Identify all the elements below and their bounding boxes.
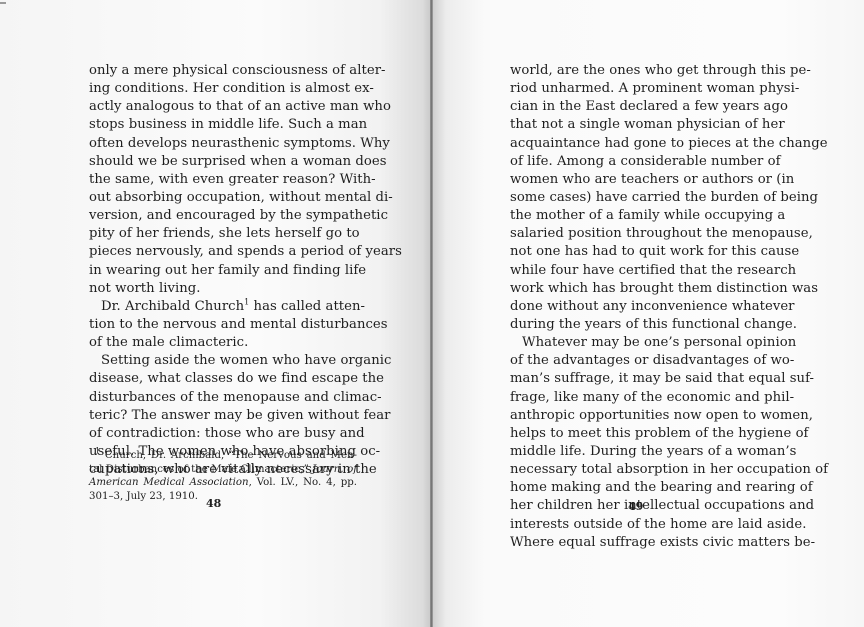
text-line: of life. Among a considerable number of	[510, 153, 780, 171]
text-line: women who are teachers or authors or (in	[510, 171, 780, 189]
page-number: 48	[206, 497, 221, 510]
text-line: disturbances of the menopause and climac…	[89, 389, 357, 407]
text-line: only a mere physical consciousness of al…	[89, 62, 357, 80]
text-line: anthropic opportunities now open to wome…	[510, 407, 780, 425]
text-line: her children her intellectual occupation…	[510, 497, 780, 515]
text-line: while four have certified that the resea…	[510, 262, 780, 280]
text-line: disease, what classes do we find escape …	[89, 370, 357, 388]
text-line: riod unharmed. A prominent woman physi-	[510, 80, 780, 98]
text-line: acquaintance had gone to pieces at the c…	[510, 135, 780, 153]
text-line: of the advantages or disadvantages of wo…	[510, 352, 780, 370]
text-line: some cases) have carried the burden of b…	[510, 189, 780, 207]
left-page-body: only a mere physical consciousness of al…	[89, 62, 357, 479]
text-fragment: Dr. Archibald Church	[101, 299, 244, 314]
text-line: not worth living.	[89, 280, 357, 298]
text-line: ing conditions. Her condition is almost …	[89, 80, 357, 98]
journal-title: American Medical Association	[89, 477, 249, 488]
text-line: teric? The answer may be given without f…	[89, 407, 357, 425]
text-line: necessary total absorption in her occupa…	[510, 461, 780, 479]
text-line: stops business in middle life. Such a ma…	[89, 116, 357, 134]
text-line: Where equal suffrage exists civic matter…	[510, 534, 780, 552]
text-line: not one has had to quit work for this ca…	[510, 243, 780, 261]
text-line: done without any inconvenience whatever	[510, 298, 780, 316]
footnote-line: American Medical Association, Vol. LV., …	[89, 476, 357, 490]
page-edge-mark	[0, 2, 6, 4]
text-line: cian in the East declared a few years ag…	[510, 98, 780, 116]
text-line: tion to the nervous and mental disturban…	[89, 316, 357, 334]
footnote-marker: 1	[95, 447, 100, 456]
text-line: helps to meet this problem of the hygien…	[510, 425, 780, 443]
text-line: interests outside of the home are laid a…	[510, 516, 780, 534]
right-page: world, are the ones who get through this…	[433, 0, 864, 627]
text-line: home making and the bearing and rearing …	[510, 479, 780, 497]
text-line: during the years of this functional chan…	[510, 316, 780, 334]
text-fragment: has called atten-	[254, 299, 366, 314]
text-line: pity of her friends, she lets herself go…	[89, 225, 357, 243]
text-line: should we be surprised when a woman does	[89, 153, 357, 171]
footnote-reference: 1	[244, 297, 249, 306]
text-line: middle life. During the years of a woman…	[510, 443, 780, 461]
right-page-body: world, are the ones who get through this…	[510, 62, 780, 552]
text-line: of the male climacteric.	[89, 334, 357, 352]
page-number: 49	[628, 500, 643, 513]
text-line: frage, like many of the economic and phi…	[510, 389, 780, 407]
text-line: in wearing out her family and finding li…	[89, 262, 357, 280]
text-line: out absorbing occupation, without mental…	[89, 189, 357, 207]
text-line: often develops neurasthenic symptoms. Wh…	[89, 135, 357, 153]
text-line: world, are the ones who get through this…	[510, 62, 780, 80]
text-line: salaried position throughout the menopau…	[510, 225, 780, 243]
footnote-line: tal Disturbances of the Male Climacteric…	[89, 463, 357, 477]
footnote-line: 301–3, July 23, 1910.	[89, 490, 357, 504]
text-line: actly analogous to that of an active man…	[89, 98, 357, 116]
text-line: Setting aside the women who have organic	[89, 352, 357, 370]
footnote-text: tal Disturbances of the Male Climacteric…	[89, 464, 312, 475]
text-line: work which has brought them distinction …	[510, 280, 780, 298]
journal-title: Journ. of	[312, 464, 357, 475]
footnote-line: 1 Church, Dr. Archibald, “The Nervous an…	[89, 449, 357, 463]
left-page: only a mere physical consciousness of al…	[0, 0, 431, 627]
footnote-text: Church, Dr. Archibald, “The Nervous and …	[105, 450, 357, 461]
text-line: man’s suffrage, it may be said that equa…	[510, 370, 780, 388]
text-line: the same, with even greater reason? With…	[89, 171, 357, 189]
footnote-text: , Vol. LV., No. 4, pp.	[249, 477, 357, 488]
text-line: version, and encouraged by the sympathet…	[89, 207, 357, 225]
footnote: 1 Church, Dr. Archibald, “The Nervous an…	[89, 449, 357, 503]
text-line: pieces nervously, and spends a period of…	[89, 243, 357, 261]
text-line: of contradiction: those who are busy and	[89, 425, 357, 443]
book-spread: only a mere physical consciousness of al…	[0, 0, 864, 627]
text-line: the mother of a family while occupying a	[510, 207, 780, 225]
text-line: that not a single woman physician of her	[510, 116, 780, 134]
paragraph-start-line: Dr. Archibald Church1 has called atten-	[89, 298, 357, 316]
text-line: Whatever may be one’s personal opinion	[510, 334, 780, 352]
